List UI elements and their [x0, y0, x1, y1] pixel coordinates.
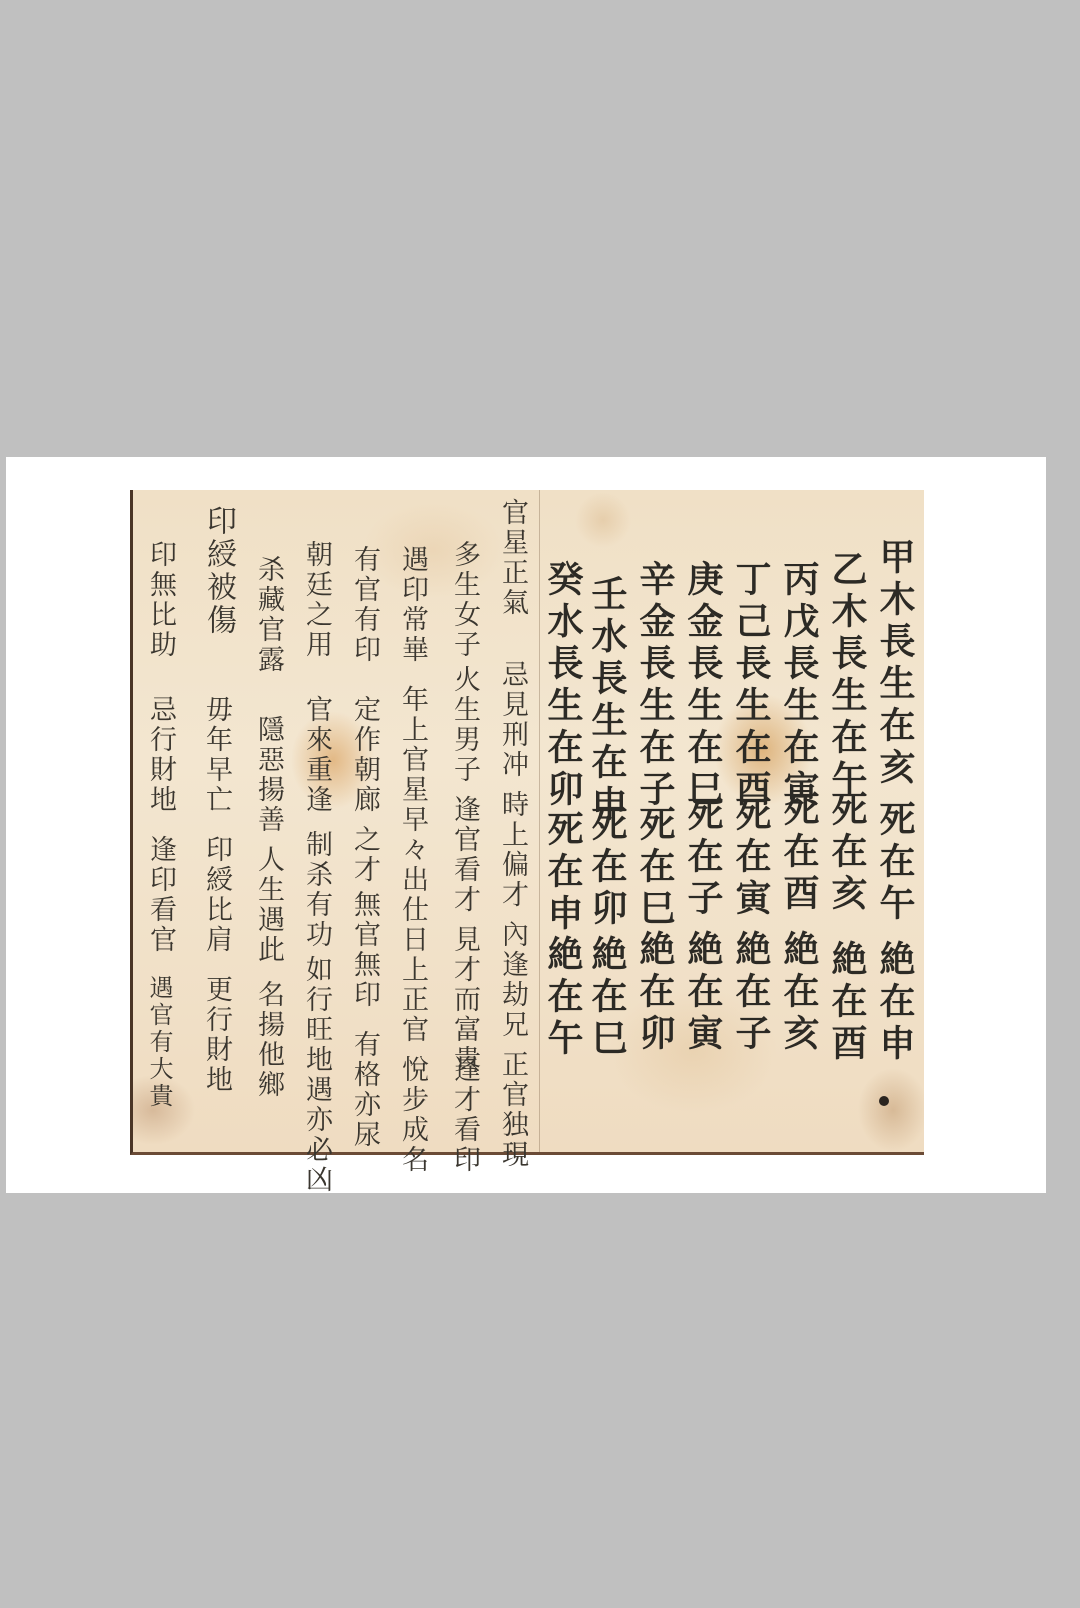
right-col-7-extinct: 絶在巳	[589, 935, 625, 1061]
left-col-1-low2: 內逢劫兄	[499, 920, 526, 1040]
left-col-5-top: 朝廷之用	[303, 540, 330, 660]
left-col-3-mid: 年上官星	[399, 685, 426, 805]
left-col-1-mid: 忌見刑冲	[499, 660, 526, 780]
right-col-1-extinct: 絶在申	[877, 940, 913, 1066]
right-col-8-death: 死在申	[545, 810, 581, 936]
right-col-4-death: 死在寅	[733, 795, 769, 921]
right-col-3-death: 死在酉	[781, 790, 817, 916]
right-col-2-death: 死在亥	[829, 790, 865, 916]
left-col-8-top: 印無比助	[147, 540, 174, 660]
left-col-6-low2: 名揚他鄉	[255, 980, 282, 1100]
right-col-1-death: 死在午	[877, 800, 913, 926]
left-col-1-top: 官星正氣	[499, 498, 526, 618]
left-col-8-low2: 遇官有大貴	[147, 975, 171, 1110]
left-col-3-low: 早々出仕	[399, 805, 426, 925]
right-col-5-extinct: 絶在寅	[685, 930, 721, 1056]
right-col-6-death: 死在巳	[637, 805, 673, 931]
left-col-4-top: 有官有印	[351, 545, 378, 665]
left-col-2-top: 多生女子	[451, 540, 478, 660]
left-col-4-low: 之才	[351, 825, 378, 885]
left-col-7-top: 印綬被傷	[203, 505, 233, 637]
left-col-4-mid: 定作朝廊	[351, 695, 378, 815]
right-col-1-stem: 甲木長生在亥	[877, 538, 913, 790]
left-col-5-bottom: 遇亦必凶	[303, 1075, 330, 1195]
left-col-7-low2: 更行財地	[203, 975, 230, 1095]
right-col-6-stem: 辛金長生在子	[637, 560, 673, 812]
manuscript-spread: 甲木長生在亥 死在午 絶在申 乙木長生在午 死在亥 絶在酉 丙戊長生在寅 死在酉…	[130, 490, 924, 1155]
right-col-3-stem: 丙戊長生在寅	[781, 560, 817, 812]
right-col-8-extinct: 絶在午	[545, 935, 581, 1061]
left-col-4-bottom: 有格亦尿	[351, 1030, 378, 1150]
left-col-6-mid: 隱惡揚善	[255, 715, 282, 835]
left-col-8-low: 逢印看官	[147, 835, 174, 955]
left-col-7-low: 印綬比肩	[203, 835, 230, 955]
left-col-2-bottom: 逢才看印	[451, 1055, 478, 1175]
right-col-2-stem: 乙木長生在午	[829, 550, 865, 802]
right-col-5-stem: 庚金長生在巳	[685, 560, 721, 812]
left-col-5-mid: 官來重逢	[303, 695, 330, 815]
right-col-4-extinct: 絶在子	[733, 930, 769, 1056]
left-col-3-low2: 日上正官	[399, 925, 426, 1045]
left-col-2-low: 逢官看才	[451, 795, 478, 915]
right-col-7-death: 死在卯	[589, 805, 625, 931]
right-col-2-extinct: 絶在酉	[829, 940, 865, 1066]
image-card: 甲木長生在亥 死在午 絶在申 乙木長生在午 死在亥 絶在酉 丙戊長生在寅 死在酉…	[6, 457, 1046, 1193]
left-col-1-bottom: 正官独現	[499, 1050, 526, 1170]
left-col-7-mid: 毋年早亡	[203, 695, 230, 815]
left-col-6-top: 杀藏官露	[255, 555, 282, 675]
right-col-3-extinct: 絶在亥	[781, 930, 817, 1056]
left-col-6-low: 人生遇此	[255, 845, 282, 965]
right-col-4-stem: 丁己長生在酉	[733, 560, 769, 812]
left-col-8-mid: 忌行財地	[147, 695, 174, 815]
left-col-3-top: 遇印常崋	[399, 545, 426, 665]
ink-blot	[879, 1096, 889, 1106]
left-col-5-low: 制杀有功	[303, 830, 330, 950]
left-col-5-low2: 如行旺地	[303, 955, 330, 1075]
left-col-2-mid: 火生男子	[451, 665, 478, 785]
right-col-8-stem: 癸水長生在卯	[545, 560, 581, 812]
right-col-6-extinct: 絶在卯	[637, 930, 673, 1056]
right-col-7-stem: 壬水長生在申	[589, 575, 625, 827]
left-col-2-low2: 見才而富貴	[451, 925, 478, 1075]
left-col-1-low: 時上偏才	[499, 790, 526, 910]
right-col-5-death: 死在子	[685, 795, 721, 921]
left-col-4-low2: 無官無印	[351, 890, 378, 1010]
page-fold	[539, 490, 540, 1152]
left-col-3-bottom: 悅步成名	[399, 1055, 426, 1175]
